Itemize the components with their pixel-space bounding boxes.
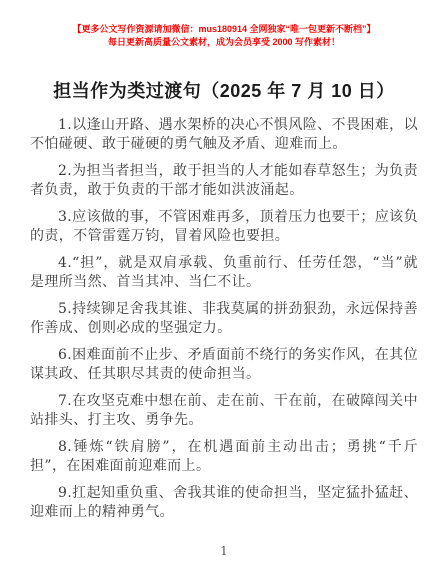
document-title: 担当作为类过渡句（2025 年 7 月 10 日） [0,77,448,103]
watermark-line-2: 每日更新高质量公文素材，成为会员享受 2000 写作素材！ [0,36,448,49]
paragraph: 1.以逢山开路、遇水架桥的决心不惧风险、不畏困难，以不怕碰硬、敢于碰硬的勇气触及… [30,116,418,154]
watermark-header: 【更多公文写作资源请加微信：mus180914 全网独家“唯一包更新不断档”】 … [0,0,448,49]
document-page: 【更多公文写作资源请加微信：mus180914 全网独家“唯一包更新不断档”】 … [0,0,448,580]
paragraph: 3.应该做的事，不管困难再多，顶着压力也要干；应该负的责，不管雷霆万钧，冒着风险… [30,208,418,246]
paragraph: 7.在攻坚克难中想在前、走在前、干在前，在破障闯关中站排头、打主攻、勇争先。 [30,392,418,430]
paragraph: 8.锤炼“铁肩膀”，在机遇面前主动出击；勇挑“千斤担”，在困难面前迎难而上。 [30,438,418,476]
paragraph: 9.扛起知重负重、舍我其谁的使命担当，坚定猛扑猛赶、迎难而上的精神勇气。 [30,484,418,522]
watermark-line-1: 【更多公文写作资源请加微信：mus180914 全网独家“唯一包更新不断档”】 [0,23,448,36]
paragraph: 2.为担当者担当，敢于担当的人才能如春草怒生；为负责者负责，敢于负责的干部才能如… [30,162,418,200]
paragraph: 6.困难面前不止步、矛盾面前不绕行的务实作风，在其位谋其政、任其职尽其责的使命担… [30,346,418,384]
page-number: 1 [0,544,448,558]
document-body: 1.以逢山开路、遇水架桥的决心不惧风险、不畏困难，以不怕碰硬、敢于碰硬的勇气触及… [0,116,448,522]
paragraph: 5.持续铆足舍我其谁、非我莫属的拼劲狠劲，永远保持善作善成、创则必成的坚强定力。 [30,300,418,338]
paragraph: 4.“担”，就是双肩承载、负重前行、任劳任怨，“当”就是理所当然、首当其冲、当仁… [30,254,418,292]
